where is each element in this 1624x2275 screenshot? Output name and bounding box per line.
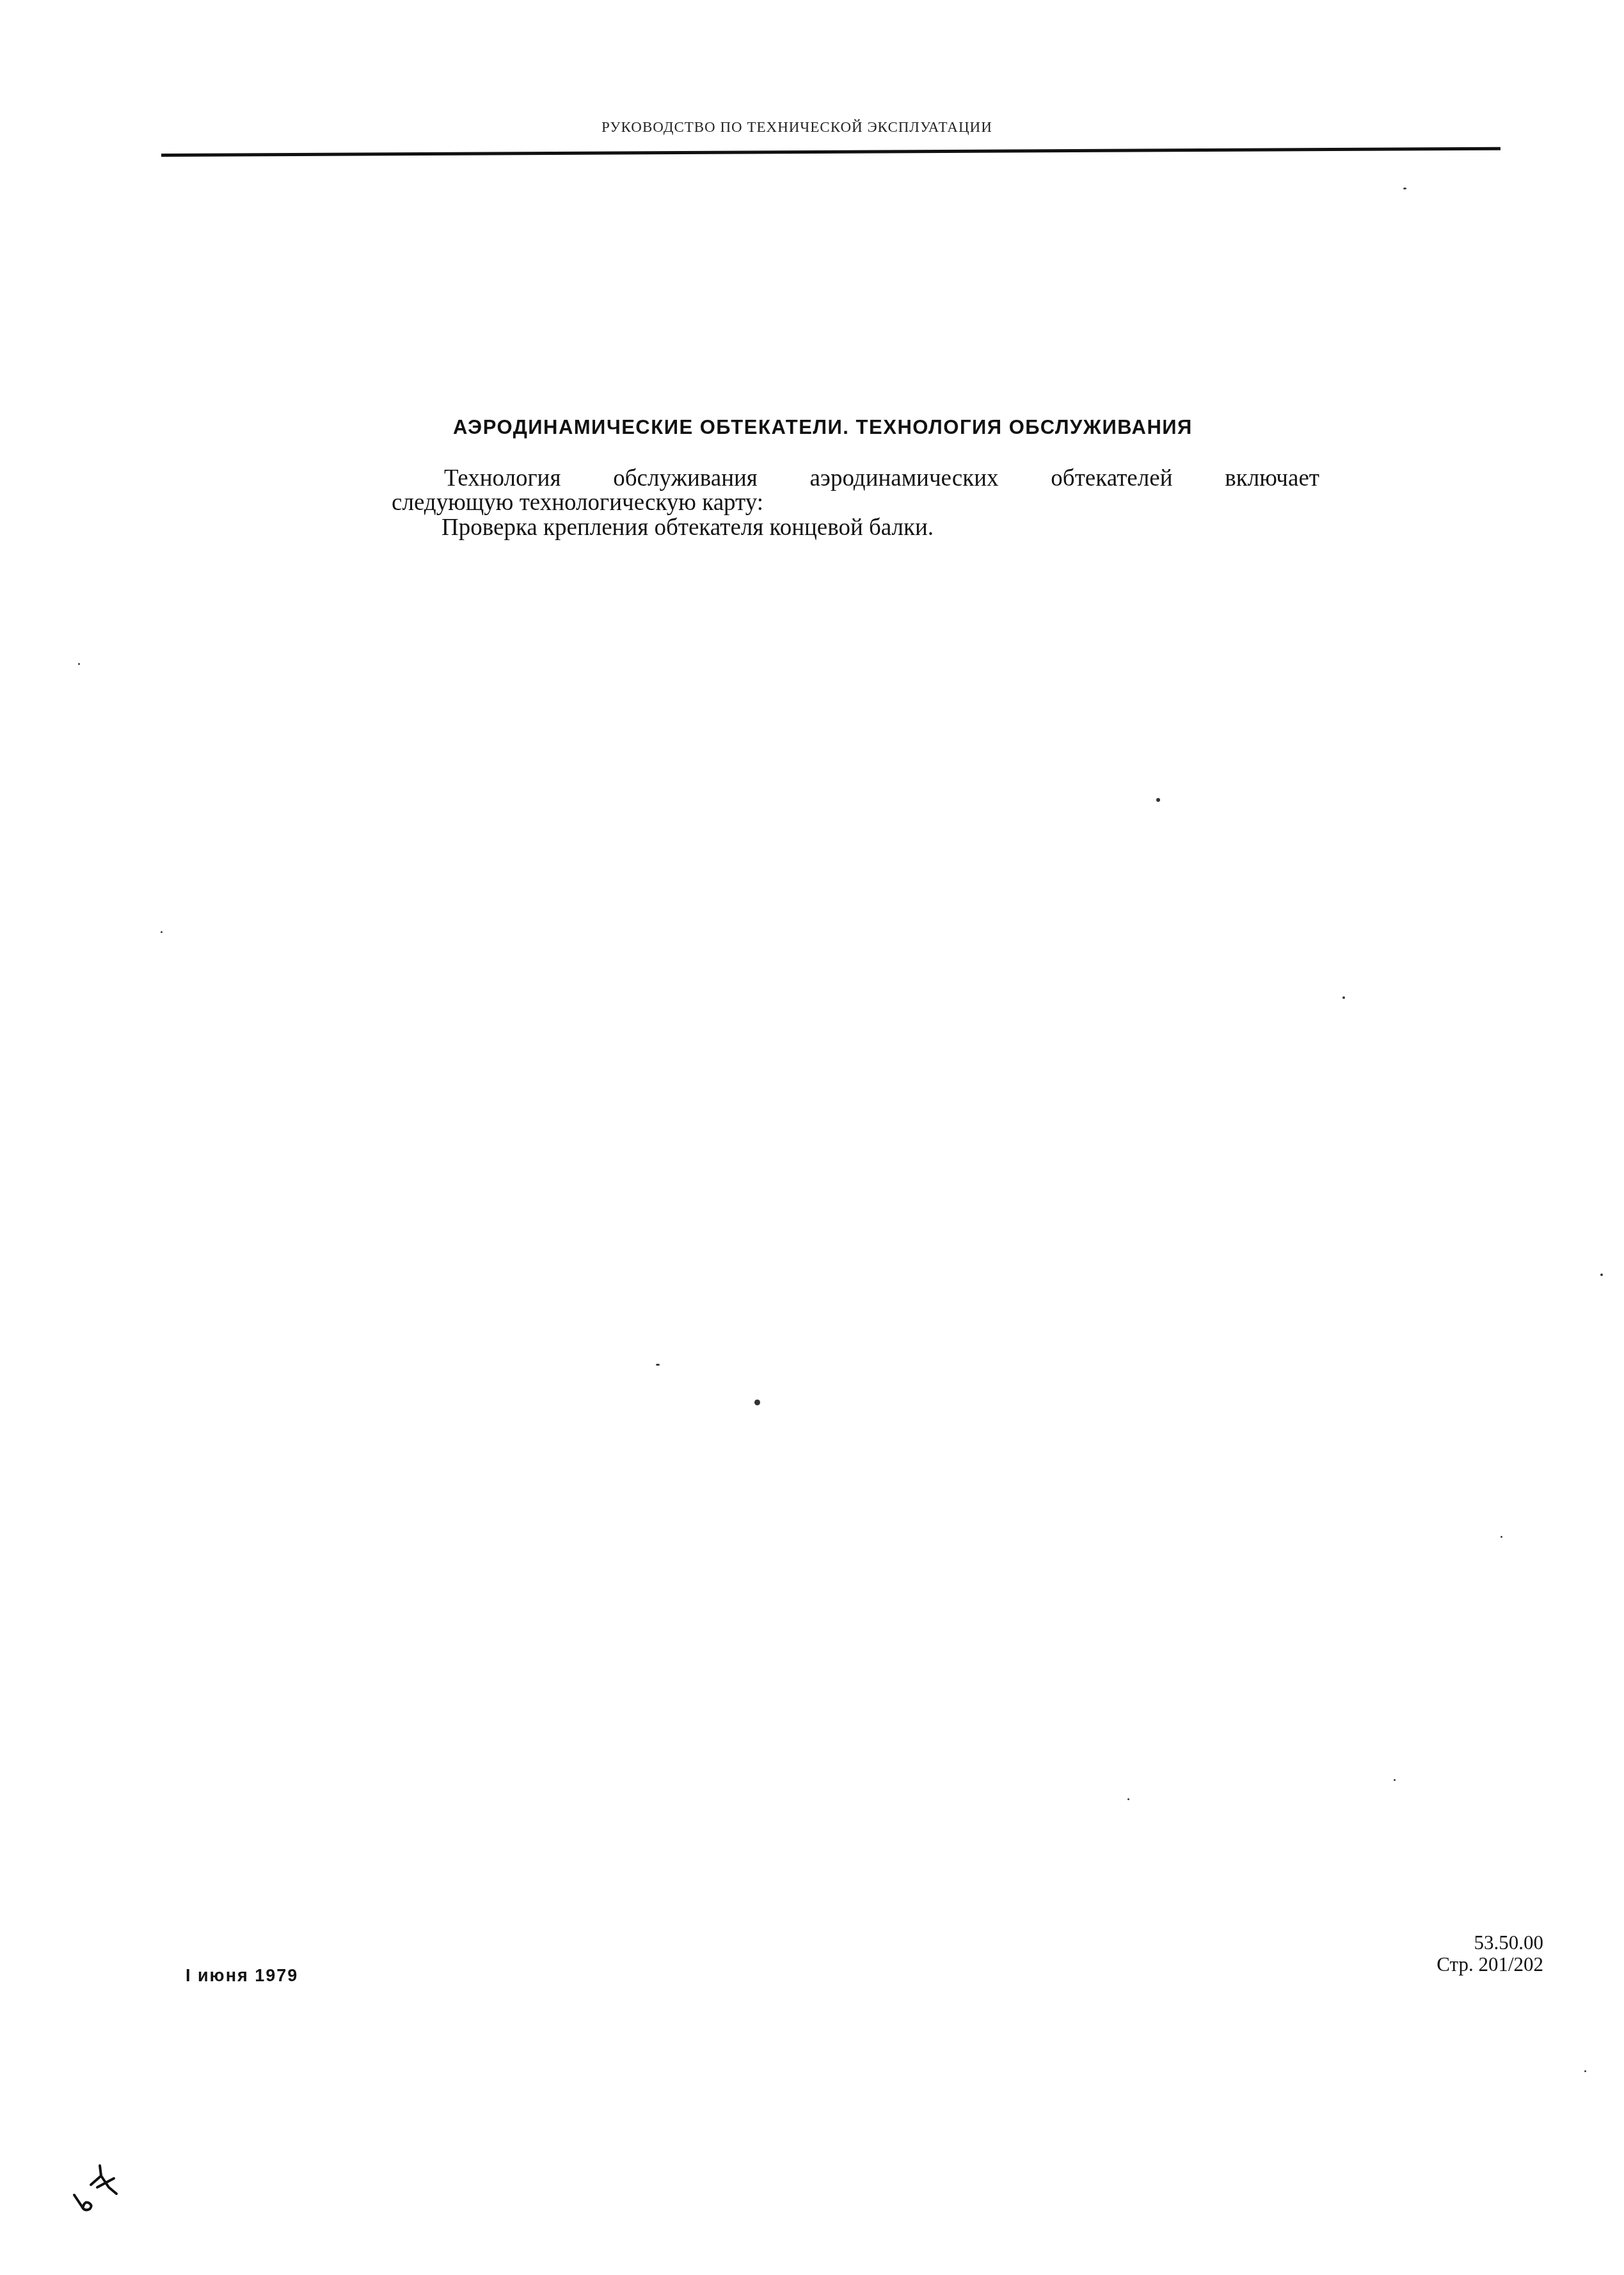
header-rule [161, 147, 1501, 157]
scan-speck [656, 1364, 660, 1366]
running-header: РУКОВОДСТВО ПО ТЕХНИЧЕСКОЙ ЭКСПЛУАТАЦИИ [601, 119, 992, 136]
scan-speck [1127, 1798, 1129, 1800]
scan-speck [1501, 1536, 1502, 1538]
tech-card-item: Проверка крепления обтекателя концевой б… [442, 514, 934, 541]
page-reference: Стр. 201/202 [1437, 1953, 1543, 1976]
paragraph-line-1: Технология обслуживания аэродинамических… [444, 465, 1319, 492]
scan-speck [1156, 798, 1160, 802]
scan-speck [161, 931, 163, 933]
scan-speck [1600, 1273, 1603, 1276]
scan-speck [754, 1400, 760, 1405]
scan-speck [1584, 2070, 1586, 2072]
scan-speck [1342, 996, 1345, 999]
document-code: 53.50.00 [1474, 1931, 1544, 1954]
paragraph-line-2: следующую технологическую карту: [392, 489, 763, 516]
revision-date: I июня 1979 [186, 1966, 298, 1986]
scan-speck [78, 663, 80, 665]
scan-speck [1403, 188, 1406, 189]
section-title: АЭРОДИНАМИЧЕСКИЕ ОБТЕКАТЕЛИ. ТЕХНОЛОГИЯ … [453, 416, 1193, 439]
handwritten-page-number [69, 2162, 139, 2213]
scan-speck [1394, 1779, 1396, 1781]
